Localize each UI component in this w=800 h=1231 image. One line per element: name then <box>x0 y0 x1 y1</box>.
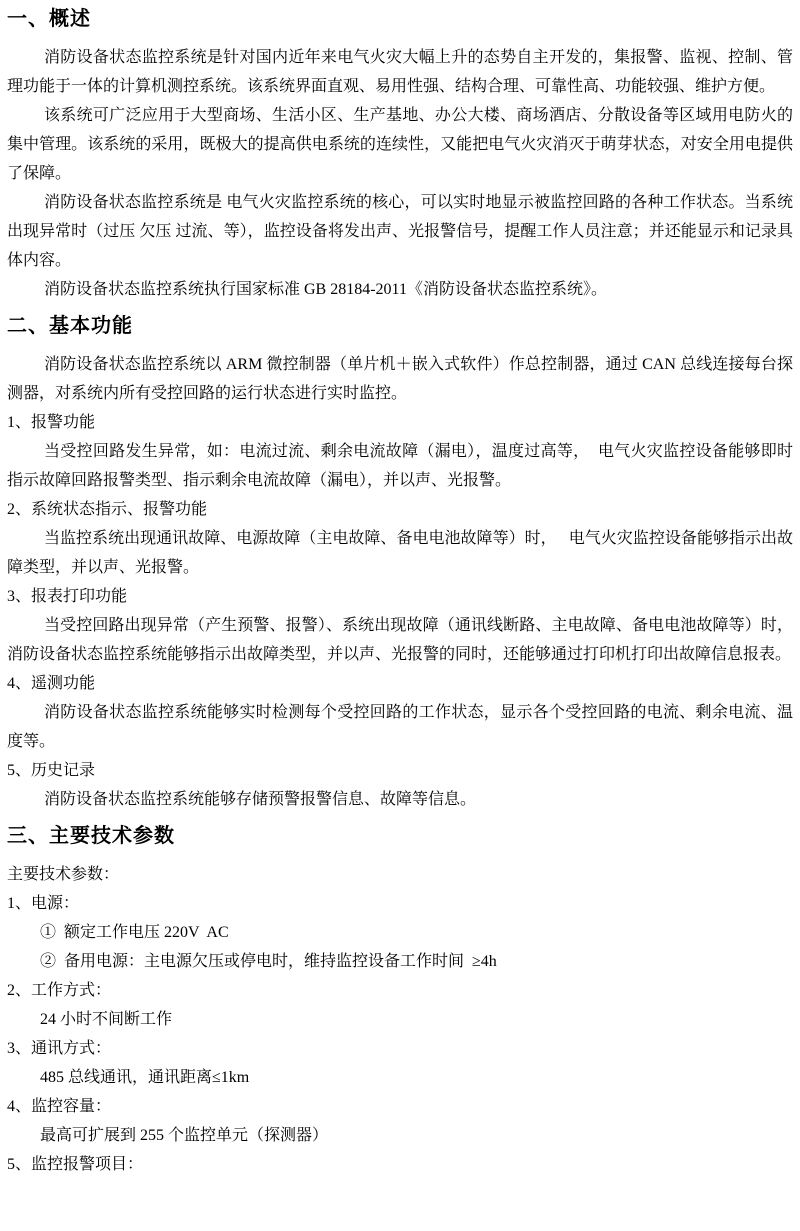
section-specs-heading: 三、主要技术参数 <box>7 822 793 850</box>
overview-paragraph-2: 该系统可广泛应用于大型商场、生活小区、生产基地、办公大楼、商场酒店、分散设备等区… <box>7 101 793 188</box>
spec-1-detail-2: ② 备用电源：主电源欠压或停电时，维持监控设备工作时间 ≥4h <box>7 947 793 976</box>
function-item-1-description: 当受控回路发生异常，如：电流过流、剩余电流故障（漏电），温度过高等， 电气火灾监… <box>7 437 793 495</box>
function-item-5-description: 消防设备状态监控系统能够存储预警报警信息、故障等信息。 <box>7 785 793 814</box>
overview-paragraph-3: 消防设备状态监控系统是 电气火灾监控系统的核心，可以实时地显示被监控回路的各种工… <box>7 188 793 275</box>
overview-paragraph-1: 消防设备状态监控系统是针对国内近年来电气火灾大幅上升的态势自主开发的，集报警、监… <box>7 43 793 101</box>
spec-1-label: 1、电源： <box>7 889 793 918</box>
spec-1-detail-1: ① 额定工作电压 220V AC <box>7 918 793 947</box>
section-functions: 二、基本功能 消防设备状态监控系统以 ARM 微控制器（单片机＋嵌入式软件）作总… <box>7 312 793 814</box>
function-item-2-description: 当监控系统出现通讯故障、电源故障（主电故障、备电电池故障等）时， 电气火灾监控设… <box>7 524 793 582</box>
functions-intro: 消防设备状态监控系统以 ARM 微控制器（单片机＋嵌入式软件）作总控制器，通过 … <box>7 350 793 408</box>
spec-5-label: 5、监控报警项目： <box>7 1150 793 1179</box>
function-item-3-label: 3、报表打印功能 <box>7 582 793 611</box>
specs-lead: 主要技术参数： <box>7 860 793 889</box>
section-specs: 三、主要技术参数 主要技术参数： 1、电源： ① 额定工作电压 220V AC … <box>7 822 793 1179</box>
document-page: 一、概述 消防设备状态监控系统是针对国内近年来电气火灾大幅上升的态势自主开发的，… <box>0 0 800 1189</box>
spec-4-label: 4、监控容量： <box>7 1092 793 1121</box>
function-item-5-label: 5、历史记录 <box>7 756 793 785</box>
function-item-1-label: 1、报警功能 <box>7 408 793 437</box>
spec-4-detail-1: 最高可扩展到 255 个监控单元（探测器） <box>7 1121 793 1150</box>
function-item-4-label: 4、遥测功能 <box>7 669 793 698</box>
function-item-4-description: 消防设备状态监控系统能够实时检测每个受控回路的工作状态，显示各个受控回路的电流、… <box>7 698 793 756</box>
spec-3-label: 3、通讯方式： <box>7 1034 793 1063</box>
spec-3-detail-1: 485 总线通讯，通讯距离≤1km <box>7 1063 793 1092</box>
overview-paragraph-4: 消防设备状态监控系统执行国家标准 GB 28184-2011《消防设备状态监控系… <box>7 275 793 304</box>
function-item-2-label: 2、系统状态指示、报警功能 <box>7 495 793 524</box>
section-functions-heading: 二、基本功能 <box>7 312 793 340</box>
spec-2-detail-1: 24 小时不间断工作 <box>7 1005 793 1034</box>
function-item-3-description: 当受控回路出现异常（产生预警、报警）、系统出现故障（通讯线断路、主电故障、备电电… <box>7 611 793 669</box>
spec-2-label: 2、工作方式： <box>7 976 793 1005</box>
section-overview: 一、概述 消防设备状态监控系统是针对国内近年来电气火灾大幅上升的态势自主开发的，… <box>7 5 793 304</box>
section-overview-heading: 一、概述 <box>7 5 793 33</box>
